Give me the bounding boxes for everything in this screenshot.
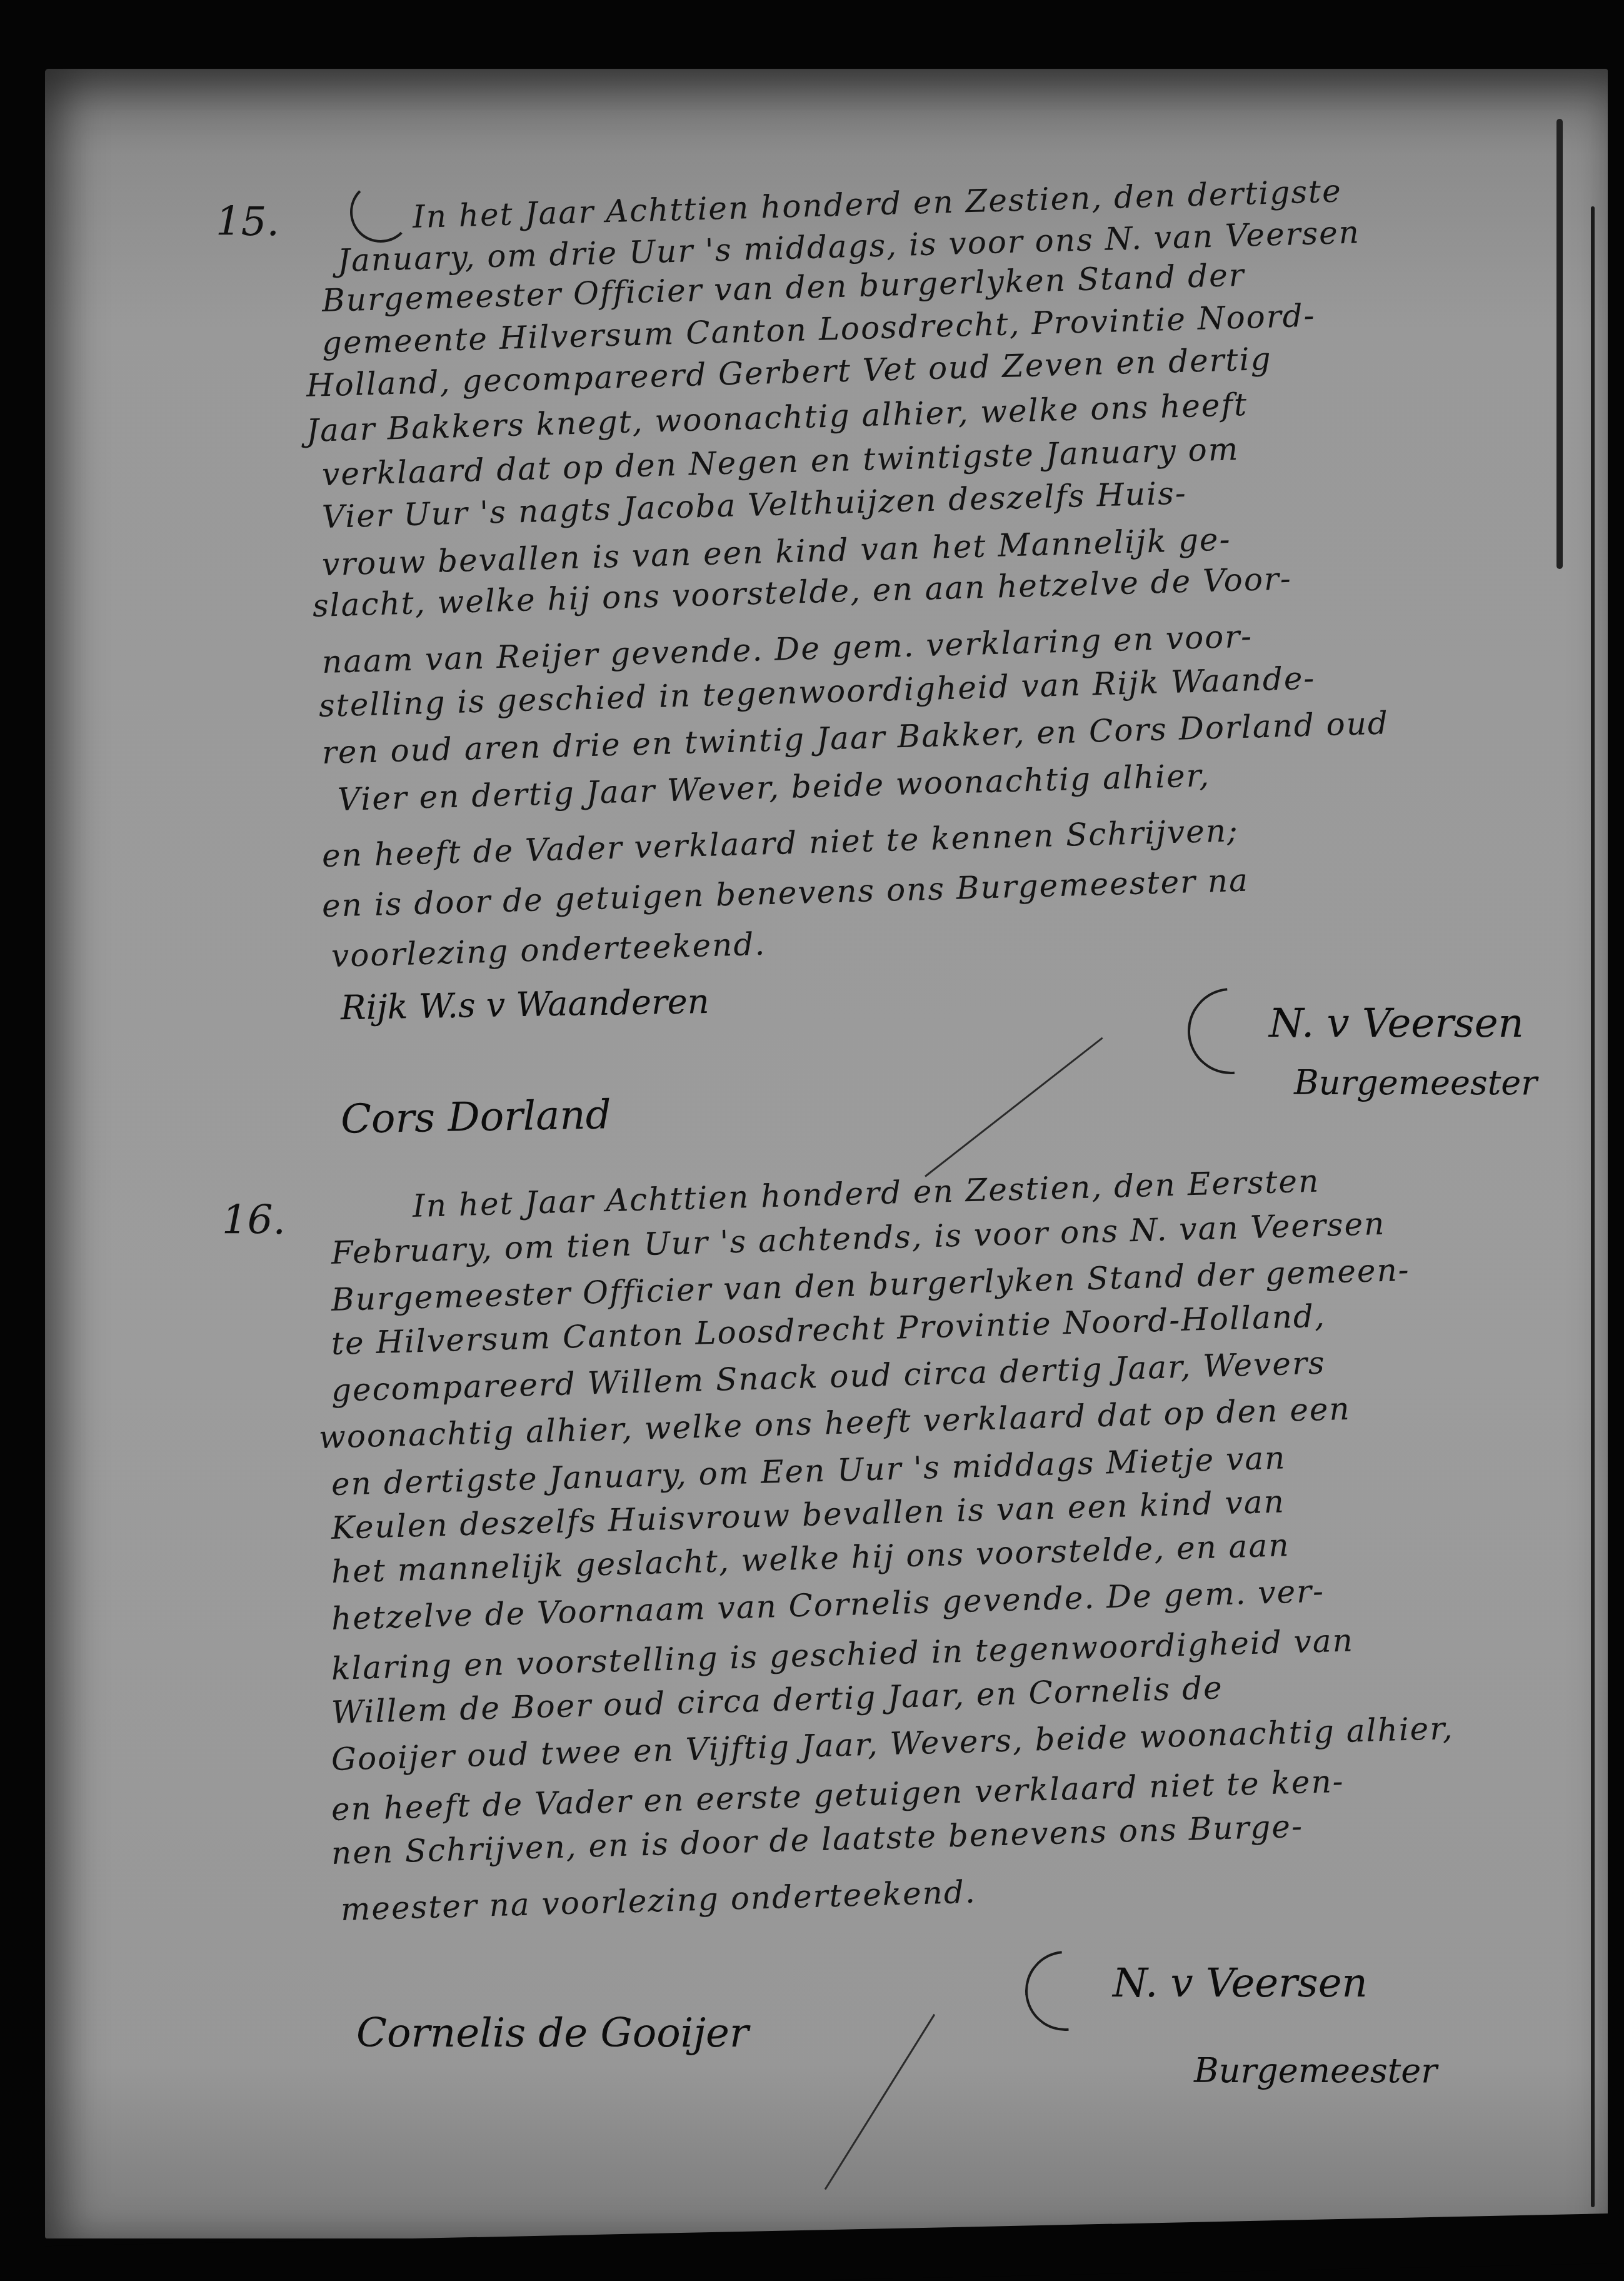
mayor-signature: N. v Veersen [1269, 1000, 1524, 1047]
mayor-title: Burgemeester [1194, 2051, 1437, 2090]
witness-signature: Rijk W.s v Waanderen [340, 982, 709, 1027]
mayor-signature: N. v Veersen [1113, 1960, 1368, 2007]
initial-flourish-icon [350, 181, 411, 243]
entry-number: 15. [216, 199, 279, 245]
margin-rule [1591, 206, 1595, 2207]
entry-number: 16. [222, 1197, 286, 1244]
witness-signature: Cornelis de Gooijer [356, 2010, 748, 2057]
binding-edge [1556, 119, 1563, 569]
witness-signature: Cors Dorland [340, 1092, 611, 1143]
mayor-title: Burgemeester [1294, 1063, 1537, 1102]
